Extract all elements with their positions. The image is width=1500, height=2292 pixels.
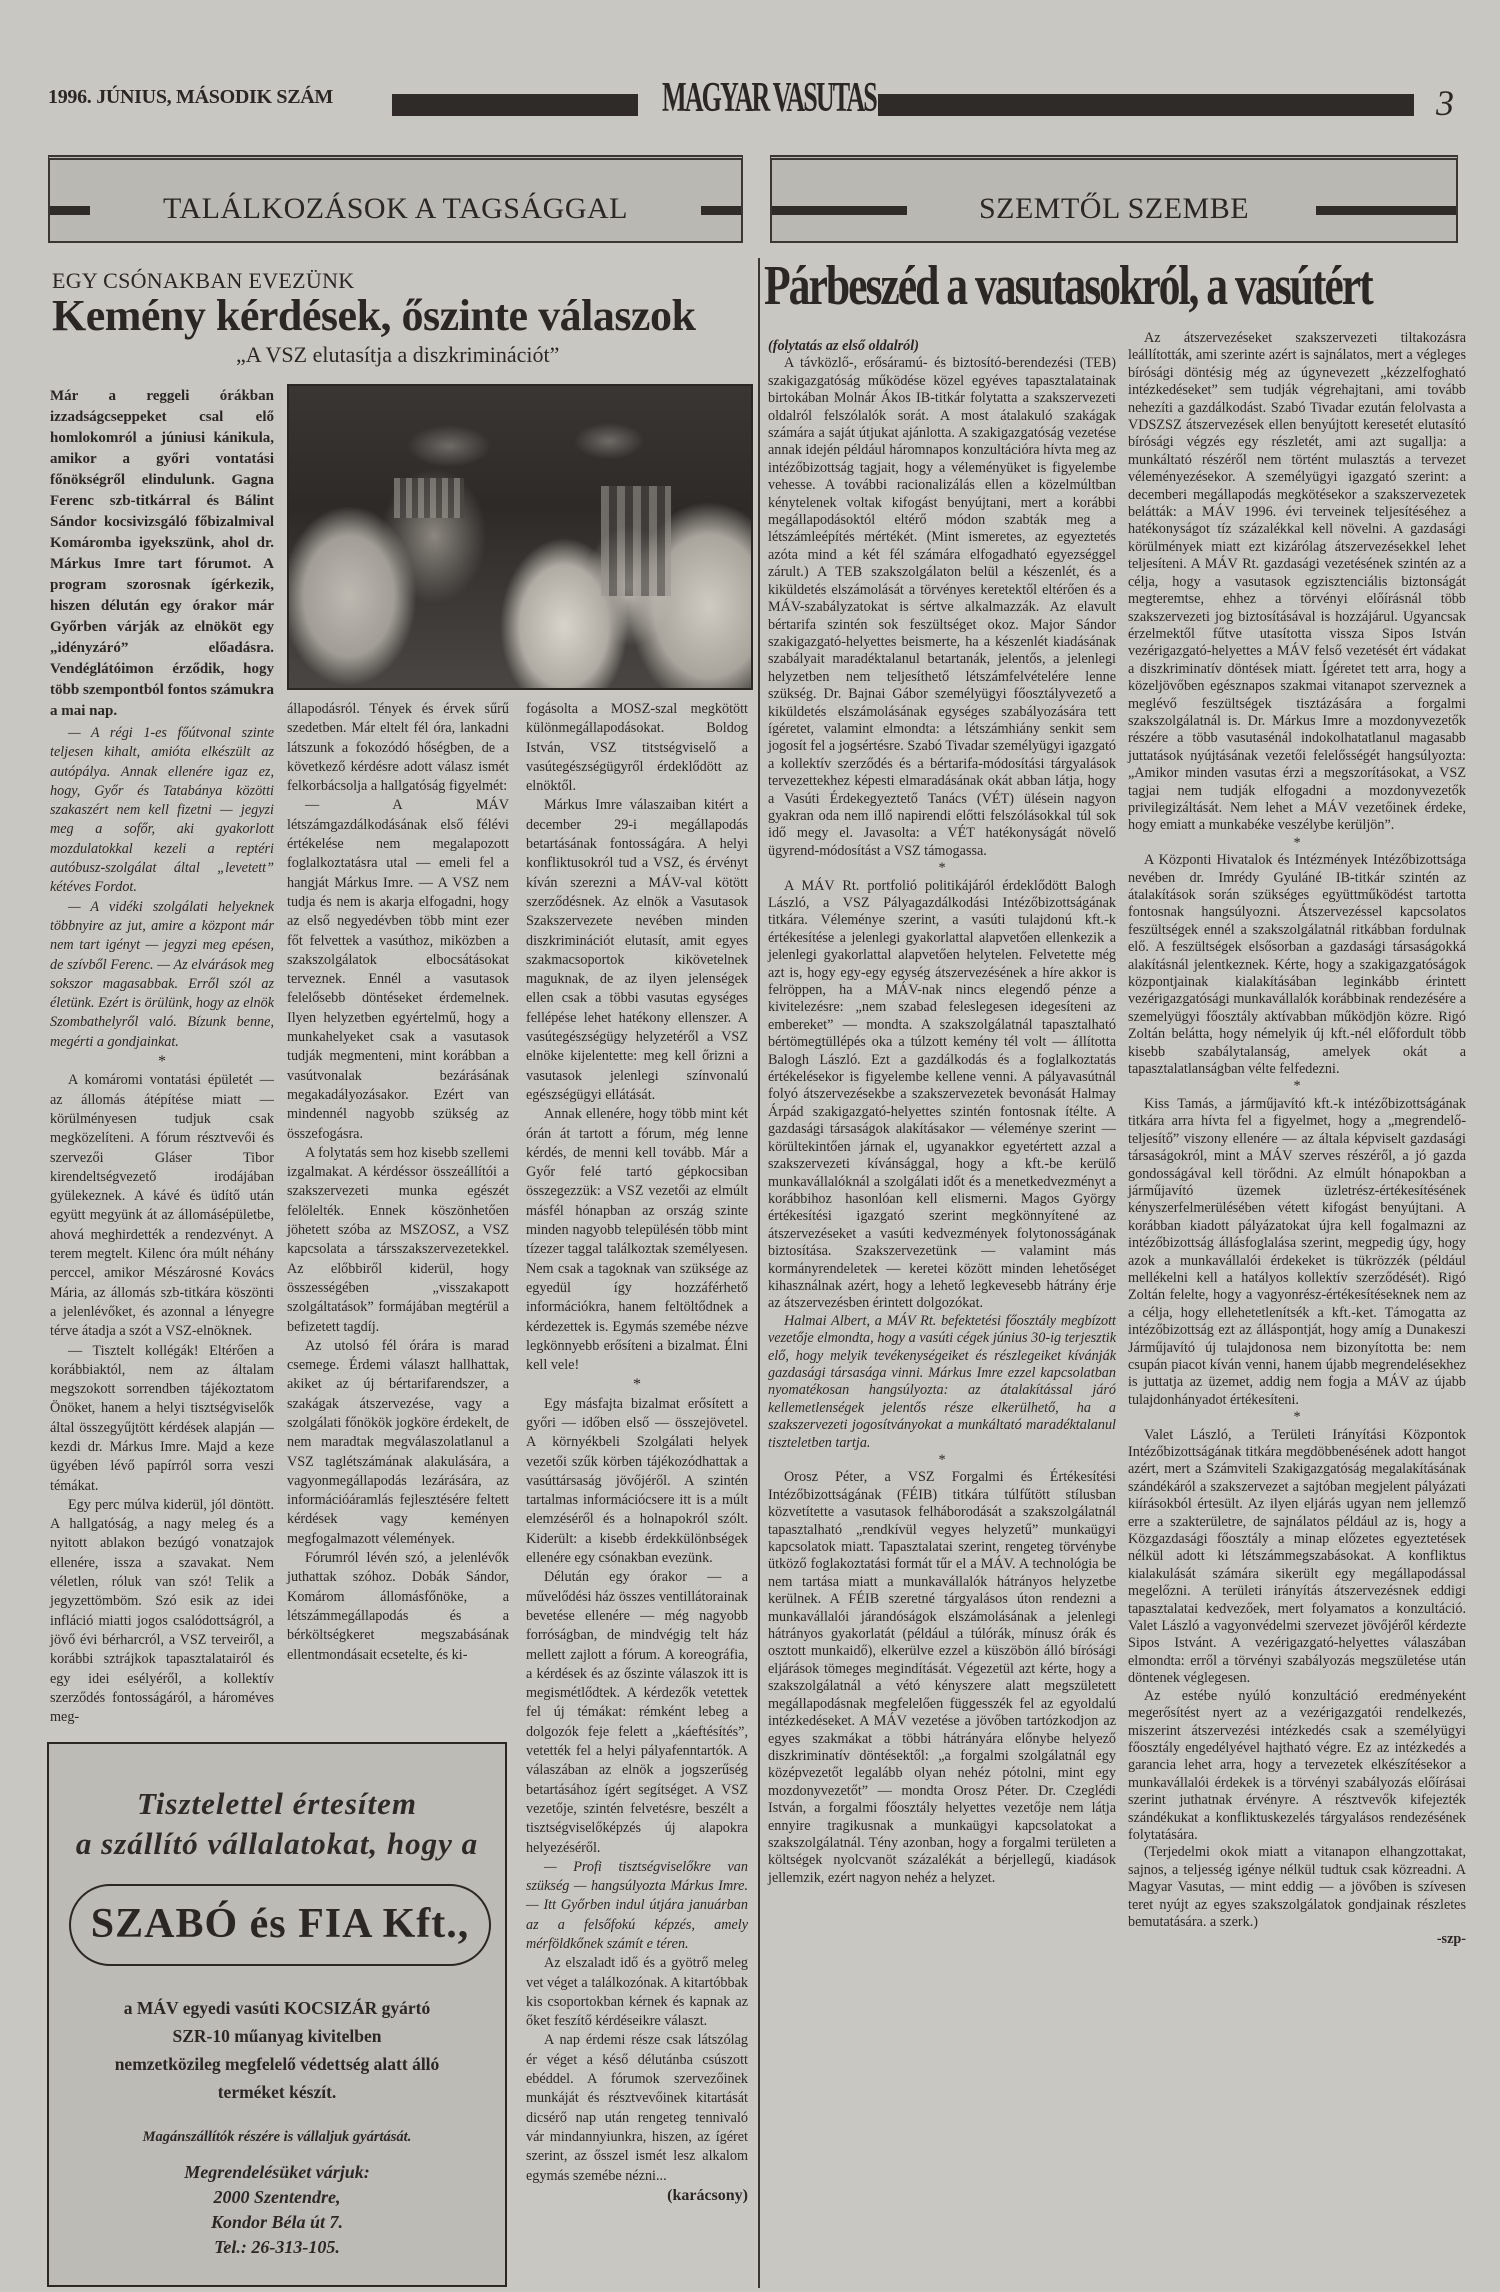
photo-window	[601, 486, 671, 596]
page-number: 3	[1436, 82, 1454, 124]
issue-date: 1996. JÚNIUS, MÁSODIK SZÁM	[48, 86, 333, 109]
article-photo	[287, 384, 753, 690]
paragraph: Egy perc múlva kiderül, jól döntött. A h…	[50, 1496, 274, 1728]
ad-intro-line-1: Tisztelettel értesítem	[49, 1786, 505, 1822]
masthead-rule-right	[878, 94, 1414, 116]
section-divider-star: *	[1128, 1078, 1466, 1095]
paragraph: A MÁV Rt. portfolió politikájáról érdekl…	[768, 878, 1116, 1313]
article-headline-right: Párbeszéd a vasutasokról, a vasútért	[764, 254, 1372, 318]
left-article-column-2: állapodásról. Tények és érvek sűrű szede…	[287, 700, 509, 1665]
article-headline: Kemény kérdések, őszinte válaszok	[52, 290, 695, 341]
ad-address-line: Kondor Béla út 7.	[49, 2210, 505, 2235]
paragraph: A folytatás sem hoz kisebb szellemi izga…	[287, 1144, 509, 1337]
section-banner-right: SZEMTŐL SZEMBE	[770, 155, 1458, 243]
masthead: 1996. JÚNIUS, MÁSODIK SZÁM MAGYAR VASUTA…	[0, 0, 1500, 150]
paragraph: Az estébe nyúló konzultáció eredményekén…	[1128, 1688, 1466, 1845]
banner-dash	[1316, 206, 1456, 215]
section-divider-star: *	[768, 860, 1116, 877]
paragraph: Az átszervezéseket szakszervezeti tiltak…	[1128, 330, 1466, 835]
paragraph: A nap érdemi része csak látszólag ér vég…	[526, 2031, 748, 2185]
paragraph: Valet László, a Területi Irányítási Közp…	[1128, 1427, 1466, 1688]
ad-note: Magánszállítók részére is vállaljuk gyár…	[49, 2129, 505, 2146]
paragraph: Délután egy órakor — a művelődési ház ös…	[526, 1568, 748, 1857]
section-banner-left: TALÁLKOZÁSOK A TAGSÁGGAL	[48, 155, 743, 243]
continued-note: (folytatás az első oldalról)	[768, 338, 1116, 355]
paragraph: A komáromi vontatási épületét — az állom…	[50, 1071, 274, 1341]
paragraph: — A régi 1-es főútvonal szinte teljesen …	[50, 724, 274, 898]
paragraph: — Profi tisztségviselőkre van szükség — …	[526, 1858, 748, 1954]
photo-window	[394, 478, 464, 518]
left-article-column-3: fogásolta a MOSZ-szal megkötött különmeg…	[526, 700, 748, 2205]
advertisement-box: Tisztelettel értesítem a szállító vállal…	[47, 1742, 507, 2287]
section-divider-star: *	[50, 1052, 274, 1071]
paragraph: fogásolta a MOSZ-szal megkötött különmeg…	[526, 700, 748, 796]
paragraph: Egy másfajta bizalmat erősített a győri …	[526, 1395, 748, 1569]
masthead-rule-left	[392, 94, 638, 116]
paragraph: Annak ellenére, hogy több mint két órán …	[526, 1105, 748, 1375]
ad-body-line: SZR-10 műanyag kivitelben	[49, 2022, 505, 2050]
paragraph: Az utolsó fél órára is marad csemege. Ér…	[287, 1337, 509, 1549]
section-divider-star: *	[768, 1452, 1116, 1469]
ad-body-line: terméket készít.	[49, 2078, 505, 2106]
ad-address-line: 2000 Szentendre,	[49, 2185, 505, 2210]
ad-body-line: a MÁV egyedi vasúti KOCSIZÁR gyártó	[49, 1994, 505, 2022]
lead-paragraph: Már a reggeli órákban izzadságcseppeket …	[50, 386, 274, 722]
ad-body-line: nemzetközileg megfelelő védettség alatt …	[49, 2050, 505, 2078]
ad-address: Megrendelésüket várjuk: 2000 Szentendre,…	[49, 2160, 505, 2260]
ad-intro-line-2: a szállító vállalatokat, hogy a	[49, 1826, 505, 1862]
ad-company-pill: SZABÓ és FIA Kft.,	[69, 1884, 491, 1966]
ad-body: a MÁV egyedi vasúti KOCSIZÁR gyártó SZR-…	[49, 1994, 505, 2106]
paragraph: (Terjedelmi okok miatt a vitanapon elhan…	[1128, 1844, 1466, 1931]
paragraph: állapodásról. Tények és érvek sűrű szede…	[287, 700, 509, 796]
ad-phone: Tel.: 26-313-105.	[49, 2235, 505, 2260]
paragraph: Márkus Imre válaszaiban kitért a decembe…	[526, 796, 748, 1105]
right-article-column-1: (folytatás az első oldalról) A távközlő-…	[768, 338, 1116, 1887]
paragraph: A távközlő-, erősáramú- és biztosító-ber…	[768, 355, 1116, 860]
section-divider-star: *	[526, 1375, 748, 1394]
paragraph: Az elszaladt idő és a gyötrő meleg vet v…	[526, 1954, 748, 2031]
right-article-column-2: Az átszervezéseket szakszervezeti tiltak…	[1128, 330, 1466, 1949]
article-signature: (karácsony)	[526, 2186, 748, 2205]
section-title-left: TALÁLKOZÁSOK A TAGSÁGGAL	[50, 192, 741, 226]
banner-dash	[701, 206, 741, 215]
paragraph: — Tisztelt kollégák! Eltérően a korábbia…	[50, 1342, 274, 1496]
ad-company-name: SZABÓ és FIA Kft.,	[71, 1900, 489, 1948]
ad-address-line: Megrendelésüket várjuk:	[49, 2160, 505, 2185]
paragraph: Fórumról lévén szó, a jelenlévők juthatt…	[287, 1549, 509, 1665]
paragraph: — A MÁV létszámgazdálkodásának első félé…	[287, 796, 509, 1143]
paragraph: Halmai Albert, a MÁV Rt. befektetési főo…	[768, 1313, 1116, 1452]
article-subheadline: „A VSZ elutasítja a diszkriminációt”	[236, 342, 559, 368]
article-signature: -szp-	[1128, 1931, 1466, 1948]
paragraph: Kiss Tamás, a járműjavító kft.-k intézőb…	[1128, 1096, 1466, 1409]
column-divider	[758, 258, 760, 2288]
publication-title: MAGYAR VASUTAS	[662, 74, 876, 122]
paragraph: Orosz Péter, a VSZ Forgalmi és Értékesít…	[768, 1469, 1116, 1887]
paragraph: A Központi Hivatalok és Intézmények Inté…	[1128, 852, 1466, 1078]
left-article-column-1: Már a reggeli órákban izzadságcseppeket …	[50, 386, 274, 1727]
section-divider-star: *	[1128, 835, 1466, 852]
section-divider-star: *	[1128, 1409, 1466, 1426]
paragraph: — A vidéki szolgálati helyeknek többnyir…	[50, 898, 274, 1052]
